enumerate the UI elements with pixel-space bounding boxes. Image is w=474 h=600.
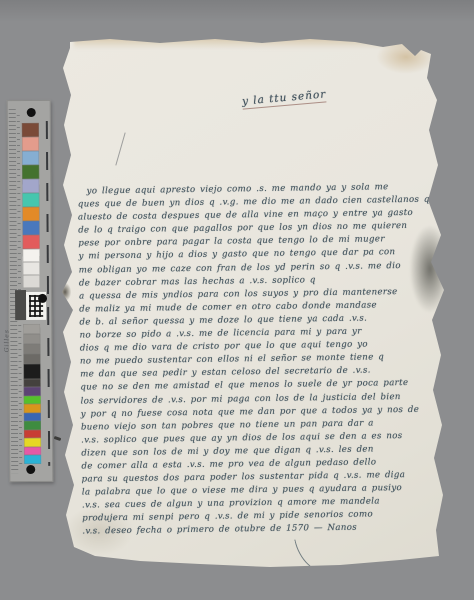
registration-dot-top xyxy=(27,108,36,117)
color-patch xyxy=(24,430,41,438)
registration-dot-bottom xyxy=(26,465,35,474)
color-patch xyxy=(23,334,40,344)
color-patch xyxy=(24,455,41,464)
color-patch xyxy=(24,447,41,455)
color-patch xyxy=(22,165,39,179)
signature-flourish xyxy=(294,533,332,578)
color-patch xyxy=(22,137,39,151)
color-patch xyxy=(23,221,40,235)
color-patch-column-upper xyxy=(22,123,40,288)
top-edge-discoloration xyxy=(74,36,433,49)
color-patch xyxy=(24,421,41,430)
color-patch xyxy=(23,249,40,262)
header-annotation: y la ttu señor xyxy=(242,88,327,109)
top-right-stain xyxy=(376,40,436,74)
color-patch xyxy=(22,179,39,193)
pencil-slash-mark xyxy=(115,133,125,166)
color-patch xyxy=(23,354,40,364)
backdrop-fleck xyxy=(54,436,62,441)
color-calibration-scale: Gilles xyxy=(7,100,54,482)
manuscript-page: y la ttu señor yo llegue aqui apresto vi… xyxy=(58,36,448,570)
color-patch xyxy=(24,379,41,387)
registration-dot-middle xyxy=(38,294,47,303)
color-patch xyxy=(23,324,40,334)
color-patch xyxy=(24,396,41,404)
left-edge-notch-stain xyxy=(59,283,71,301)
color-patch xyxy=(24,438,41,447)
color-patch xyxy=(22,193,39,207)
color-patch xyxy=(23,344,40,354)
manuscript-text-block: yo llegue aqui apresto viejo como .s. me… xyxy=(78,180,447,539)
archival-photograph: Gilles y la ttu señor yo llegue aqui apr… xyxy=(0,0,474,600)
color-patch xyxy=(24,387,41,396)
color-patch-column-lower xyxy=(23,324,41,464)
ruler-dark-patch xyxy=(15,290,26,320)
color-patch xyxy=(24,413,41,421)
ruler-dashed-edge-line xyxy=(46,121,50,466)
color-patch xyxy=(23,275,40,288)
color-patch xyxy=(22,123,39,137)
color-patch xyxy=(24,404,41,413)
ruler-side-label: Gilles xyxy=(3,329,10,352)
color-patch xyxy=(22,151,39,165)
color-patch xyxy=(22,207,39,221)
color-patch xyxy=(23,262,40,275)
color-patch xyxy=(23,235,40,249)
color-patch xyxy=(24,364,41,379)
